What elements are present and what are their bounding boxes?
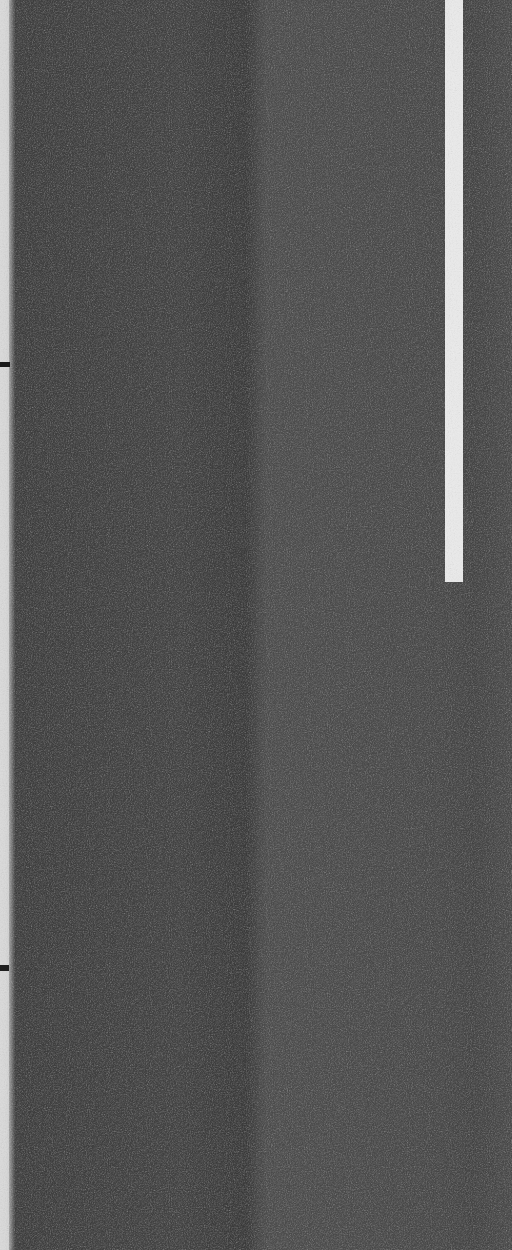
left-road-edge: [0, 0, 9, 1250]
asphalt-surface: [0, 0, 512, 1250]
road-aerial-image: [0, 0, 512, 1250]
lane-marking: [445, 0, 463, 582]
